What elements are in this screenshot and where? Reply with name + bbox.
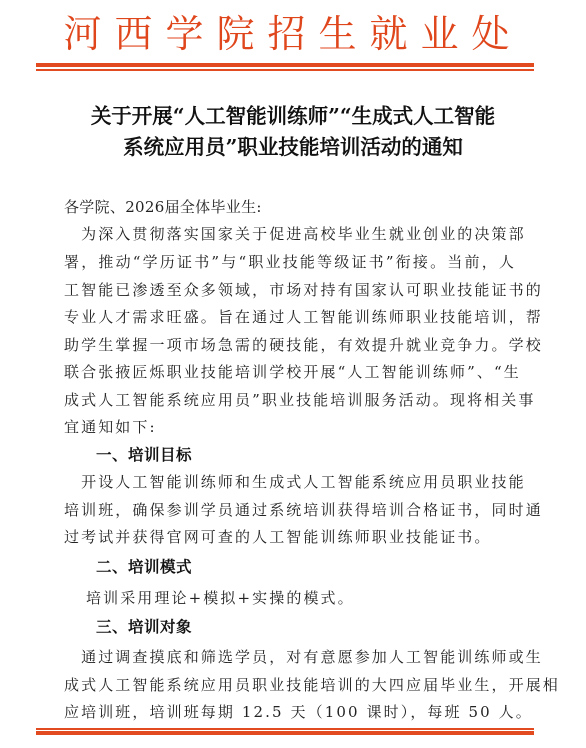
section-heading: 一、培训目标: [96, 444, 192, 466]
paragraph-line: 助学生掌握一项市场急需的硬技能，有效提升就业竞争力。学校: [64, 334, 516, 356]
section-heading: 二、培训模式: [96, 556, 192, 578]
paragraph-line: 通过调查摸底和筛选学员，对有意愿参加人工智能训练师或生: [64, 646, 516, 668]
salutation: 各学院、2026届全体毕业生:: [64, 196, 516, 218]
paragraph-line: 成式人工智能系统应用员”职业技能培训服务活动。现将相关事: [64, 389, 516, 411]
footer-rule-thin: [36, 728, 534, 730]
section-heading: 三、培训对象: [96, 616, 192, 638]
paragraph-line: 培训班，确保参训学员通过系统培训获得培训合格证书，同时通: [64, 499, 516, 521]
paragraph-line: 培训采用理论+模拟+实操的模式。: [86, 587, 538, 609]
paragraph-line: 成式人工智能系统应用员职业技能培训的大四应届毕业生，开展相: [64, 674, 516, 696]
notice-title-line-2: 系统应用员”职业技能培训活动的通知: [20, 131, 566, 163]
notice-title-line-1: 关于开展“人工智能训练师”“生成式人工智能: [20, 100, 566, 132]
paragraph-line: 署，推动“学历证书”与“职业技能等级证书”衔接。当前，人: [64, 251, 516, 273]
paragraph-line: 应培训班，培训班每期 12.5 天（100 课时），每班 50 人。: [64, 701, 516, 723]
paragraph-line: 工智能已渗透至众多领域，市场对持有国家认可职业技能证书的: [64, 279, 516, 301]
paragraph-line: 过考试并获得官网可查的人工智能训练师职业技能证书。: [64, 526, 516, 548]
paragraph-line: 开设人工智能训练师和生成式人工智能系统应用员职业技能: [64, 471, 516, 493]
masthead-rule-thin: [36, 69, 534, 71]
masthead-rule-thick: [36, 63, 534, 67]
paragraph-line: 宜通知如下:: [64, 416, 516, 438]
paragraph-line: 专业人才需求旺盛。旨在通过人工智能训练师职业技能培训，帮: [64, 306, 516, 328]
paragraph-line: 为深入贯彻落实国家关于促进高校毕业生就业创业的决策部: [64, 223, 516, 245]
masthead-org-name: 河西学院招生就业处: [0, 10, 586, 58]
footer-rule-thick: [36, 731, 534, 735]
paragraph-line: 联合张掖匠烁职业技能培训学校开展“人工智能训练师”、“生: [64, 361, 516, 383]
